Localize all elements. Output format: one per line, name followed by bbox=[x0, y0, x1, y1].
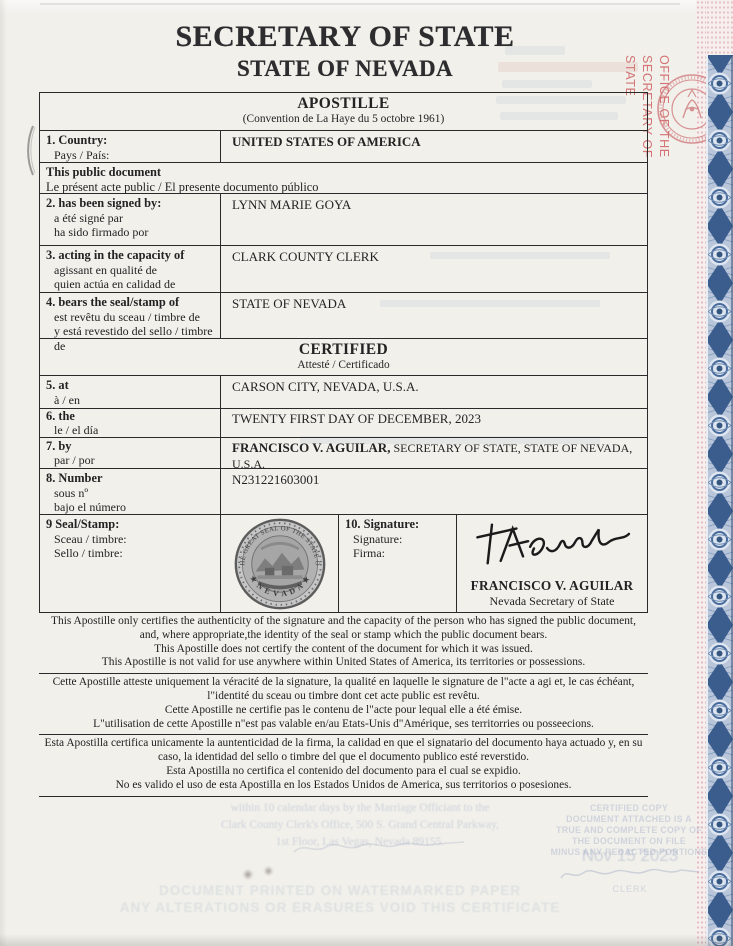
ink-dot bbox=[264, 866, 273, 876]
ghost-officiant-line2: Clark County Clerk's Office, 500 S. Gran… bbox=[140, 817, 580, 834]
row-signed-by-value: LYNN MARIE GOYA bbox=[221, 194, 647, 245]
row-country-value: UNITED STATES OF AMERICA bbox=[221, 131, 647, 162]
ink-dot bbox=[243, 869, 253, 880]
row-seal-en: 9 Seal/Stamp: bbox=[46, 517, 216, 532]
row-signed-by-label: 2. has been signed by: a été signé par h… bbox=[40, 194, 221, 245]
pink-dotted-corner bbox=[706, 0, 733, 57]
row-at-value: CARSON CITY, NEVADA, U.S.A. bbox=[221, 376, 647, 408]
footer-english: This Apostille only certifies the authen… bbox=[39, 613, 648, 674]
row-number-es: bajo el número bbox=[46, 500, 216, 515]
row-signed-by-fr: a été signé par bbox=[46, 211, 216, 226]
row-by-value-name: FRANCISCO V. AGUILAR, bbox=[232, 440, 390, 455]
row-capacity-es: quien actúa en calidad de bbox=[46, 277, 216, 292]
row-country-label-en: 1. Country: bbox=[46, 133, 216, 148]
staple-mark bbox=[25, 123, 39, 179]
signer-title: Nevada Secretary of State bbox=[457, 594, 647, 609]
ghost-stamp-line2: DOCUMENT ATTACHED IS A bbox=[545, 814, 713, 825]
ghost-banner-line2: ANY ALTERATIONS OR ERASURES VOID THIS CE… bbox=[60, 899, 620, 916]
footer-es-1: Esta Apostilla certifica unicamente la a… bbox=[41, 737, 646, 765]
page-title: SECRETARY OF STATE bbox=[0, 20, 690, 54]
ghost-security-banner: DOCUMENT PRINTED ON WATERMARKED PAPER AN… bbox=[60, 882, 620, 916]
seal-cell: THE GREAT SEAL OF THE STATE OF ★ N E V A… bbox=[221, 515, 339, 612]
row-number: 8. Number sous nº bajo el número N231221… bbox=[40, 469, 647, 515]
row-signature-label: 10. Signature: Signature: Firma: bbox=[339, 515, 457, 612]
row-by-en: 7. by bbox=[46, 439, 216, 453]
row-by: 7. by par / por FRANCISCO V. AGUILAR, SE… bbox=[40, 438, 647, 469]
footer-es-2: Esta Apostilla no certifica el contenido… bbox=[41, 765, 646, 779]
row-country-label-fr: Pays / País: bbox=[46, 148, 216, 163]
page-subtitle: STATE OF NEVADA bbox=[0, 56, 690, 82]
row-the-date: 6. the le / el día TWENTY FIRST DAY OF D… bbox=[40, 409, 647, 438]
row-at-en: 5. at bbox=[46, 378, 216, 393]
row-by-value: FRANCISCO V. AGUILAR, SECRETARY OF STATE… bbox=[221, 438, 647, 468]
row-number-en: 8. Number bbox=[46, 471, 216, 486]
row-the-date-value: TWENTY FIRST DAY OF DECEMBER, 2023 bbox=[221, 409, 647, 437]
apostille-convention: (Convention de La Haye du 5 octobre 1961… bbox=[40, 113, 647, 125]
ghost-banner-line1: DOCUMENT PRINTED ON WATERMARKED PAPER bbox=[60, 882, 620, 899]
apostille-header-row: APOSTILLE (Convention de La Haye du 5 oc… bbox=[40, 93, 647, 131]
row-capacity-value: CLARK COUNTY CLERK bbox=[221, 246, 647, 292]
footer-en-1: This Apostille only certifies the authen… bbox=[41, 615, 646, 643]
ghost-stamp-line3: TRUE AND COMPLETE COPY OF bbox=[545, 825, 713, 836]
row-seal-stamp-of-label: 4. bears the seal/stamp of est revêtu du… bbox=[40, 293, 221, 338]
signer-name: FRANCISCO V. AGUILAR bbox=[457, 578, 647, 594]
row-by-fr: par / por bbox=[46, 453, 216, 467]
row-at-label: 5. at à / en bbox=[40, 376, 221, 408]
row-seal-es: Sello / timbre: bbox=[46, 546, 216, 561]
public-document-fr-es: Le présent acte public / El presente doc… bbox=[46, 180, 643, 195]
ghost-stamp-line1: CERTIFIED COPY bbox=[545, 803, 713, 814]
ghost-stamp-date: Nov 15 2023 bbox=[560, 846, 700, 866]
row-signed-by-es: ha sido firmado por bbox=[46, 225, 216, 240]
apostille-heading: APOSTILLE bbox=[40, 95, 647, 113]
row-seal-stamp-of-en: 4. bears the seal/stamp of bbox=[46, 295, 216, 310]
scan-left-edge bbox=[0, 0, 7, 946]
signature-cell: FRANCISCO V. AGUILAR Nevada Secretary of… bbox=[457, 515, 647, 612]
row-seal-stamp-of: 4. bears the seal/stamp of est revêtu du… bbox=[40, 293, 647, 339]
scan-top-line bbox=[40, 3, 680, 5]
footer-en-3: This Apostille is not valid for use anyw… bbox=[41, 656, 646, 670]
footer-es-3: No es valido el uso de esta Apostilla en… bbox=[41, 779, 646, 793]
row-the-date-label: 6. the le / el día bbox=[40, 409, 221, 437]
row-signature-fr: Signature: bbox=[345, 532, 452, 547]
row-capacity: 3. acting in the capacity of agissant en… bbox=[40, 246, 647, 293]
row-country: 1. Country: Pays / País: UNITED STATES O… bbox=[40, 131, 647, 163]
row-public-document: This public document Le présent acte pub… bbox=[40, 163, 647, 194]
row-signature-en: 10. Signature: bbox=[345, 517, 452, 532]
row-seal-stamp-of-fr: est revêtu du sceau / timbre de bbox=[46, 310, 216, 325]
row-country-label: 1. Country: Pays / País: bbox=[40, 131, 221, 162]
footer-fr-2: Cette Apostille ne certifie pas le conte… bbox=[41, 704, 646, 718]
footer-certifications: This Apostille only certifies the authen… bbox=[39, 613, 648, 797]
row-signed-by: 2. has been signed by: a été signé par h… bbox=[40, 194, 647, 246]
row-by-label: 7. by par / por bbox=[40, 438, 221, 468]
signature-aguilar bbox=[460, 513, 647, 577]
footer-fr-1: Cette Apostille atteste uniquement la vé… bbox=[41, 676, 646, 704]
row-certified: CERTIFIED Attesté / Certificado bbox=[40, 339, 647, 376]
row-number-value: N231221603001 bbox=[221, 469, 647, 514]
scan-bottom-shadow bbox=[0, 934, 733, 946]
row-capacity-fr: agissant en qualité de bbox=[46, 263, 216, 278]
apostille-table: APOSTILLE (Convention de La Haye du 5 oc… bbox=[39, 92, 648, 613]
row-capacity-en: 3. acting in the capacity of bbox=[46, 248, 216, 263]
footer-french: Cette Apostille atteste uniquement la vé… bbox=[39, 674, 648, 735]
public-document-en: This public document bbox=[46, 165, 643, 180]
footer-en-2: This Apostille does not certify the cont… bbox=[41, 643, 646, 657]
row-signed-by-en: 2. has been signed by: bbox=[46, 196, 216, 211]
row-the-date-fr: le / el día bbox=[46, 424, 216, 438]
footer-fr-3: L"utilisation de cette Apostille n"est p… bbox=[41, 718, 646, 732]
nevada-state-seal: THE GREAT SEAL OF THE STATE OF ★ N E V A… bbox=[233, 517, 327, 611]
row-number-label: 8. Number sous nº bajo el número bbox=[40, 469, 221, 514]
certified-sub: Attesté / Certificado bbox=[40, 359, 647, 371]
row-seal-fr: Sceau / timbre: bbox=[46, 532, 216, 547]
ghost-officiant-line1: within 10 calendar days by the Marriage … bbox=[140, 800, 580, 817]
ghost-squiggle bbox=[290, 838, 470, 858]
row-seal-stamp-of-value: STATE OF NEVADA bbox=[221, 293, 647, 338]
row-the-date-en: 6. the bbox=[46, 410, 216, 424]
row-seal-label: 9 Seal/Stamp: Sceau / timbre: Sello / ti… bbox=[40, 515, 221, 612]
row-at-fr: à / en bbox=[46, 393, 216, 408]
row-capacity-label: 3. acting in the capacity of agissant en… bbox=[40, 246, 221, 292]
row-number-fr: sous nº bbox=[46, 486, 216, 501]
row-signature-es: Firma: bbox=[345, 546, 452, 561]
certified-heading: CERTIFIED bbox=[40, 341, 647, 359]
footer-spanish: Esta Apostilla certifica unicamente la a… bbox=[39, 735, 648, 796]
row-at: 5. at à / en CARSON CITY, NEVADA, U.S.A. bbox=[40, 376, 647, 409]
row-seal-and-signature: 9 Seal/Stamp: Sceau / timbre: Sello / ti… bbox=[40, 515, 647, 612]
